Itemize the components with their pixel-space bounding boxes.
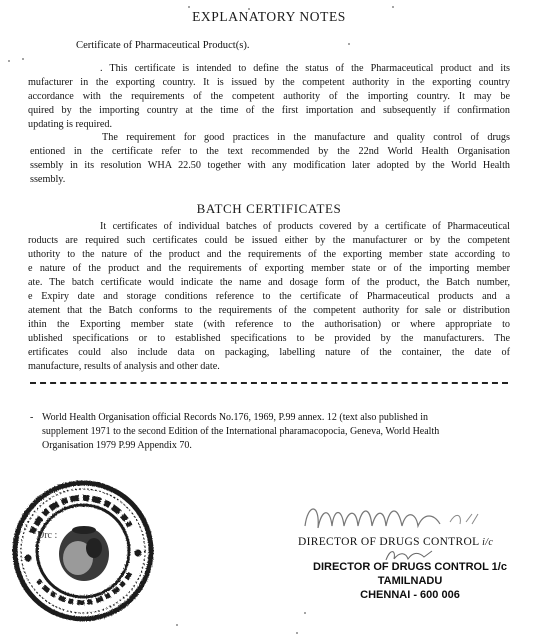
- dashed-separator: [30, 382, 508, 384]
- scan-speck: [304, 612, 306, 614]
- stamp-state: TAMILNADU: [290, 575, 530, 587]
- reference-line: Organisation 1979 P.99 Appendix 70.: [30, 439, 508, 453]
- scan-speck: [22, 58, 24, 60]
- official-seal-icon: Drc :: [10, 478, 156, 624]
- paragraph-line: . This certificate is intended to define…: [28, 62, 510, 76]
- reference-bullet: -: [30, 411, 33, 425]
- paragraph-line: quired by the importing country at the t…: [28, 104, 510, 118]
- paragraph-line: ithin the Exporting member state (with r…: [28, 318, 510, 332]
- scan-speck: [188, 6, 190, 8]
- batch-paragraph: It certificates of individual batches of…: [28, 220, 510, 374]
- paragraph-line: accordance with the requirements of the …: [28, 90, 510, 104]
- gmp-paragraph: The requirement for good practices in th…: [30, 131, 510, 187]
- heading-batch-certificates: BATCH CERTIFICATES: [0, 201, 538, 217]
- scan-speck: [392, 6, 394, 8]
- paragraph-line: It certificates of individual batches of…: [28, 220, 510, 234]
- paragraph-line: atement that the Batch conforms to the r…: [28, 304, 510, 318]
- reference-line: World Health Organisation official Recor…: [30, 411, 508, 425]
- scan-speck: [176, 624, 178, 626]
- paragraph-line: entioned in the certificate refer to the…: [30, 145, 510, 159]
- reference-footnote: - World Health Organisation official Rec…: [30, 411, 508, 453]
- stamp-city: CHENNAI - 600 006: [290, 589, 530, 601]
- stamp-director: DIRECTOR OF DRUGS CONTROL 1/c: [290, 561, 530, 573]
- paragraph-line: ublished specifications or to establishe…: [28, 332, 510, 346]
- paragraph-line: ssembly.: [30, 173, 510, 187]
- paragraph-line: ate. The batch certificate would indicat…: [28, 276, 510, 290]
- paragraph-line: The requirement for good practices in th…: [30, 131, 510, 145]
- reference-line: supplement 1971 to the second Edition of…: [30, 425, 508, 439]
- scan-speck: [248, 8, 250, 10]
- paragraph-line: ertificates could also include data on p…: [28, 346, 510, 360]
- svg-text:Drc :: Drc :: [37, 530, 57, 541]
- paragraph-line: e Expiry date and storage conditions ref…: [28, 290, 510, 304]
- paragraph-line: manufacture, results of analysis and oth…: [28, 360, 510, 374]
- paragraph-line: ssembly in its resolution WHA 22.50 toge…: [30, 159, 510, 173]
- scan-speck: [8, 60, 10, 62]
- paragraph-line: updating is required.: [28, 118, 510, 132]
- intro-paragraph: . This certificate is intended to define…: [28, 62, 510, 132]
- typed-title-suffix: i/c: [482, 537, 493, 548]
- document-page: EXPLANATORY NOTES Certificate of Pharmac…: [0, 0, 538, 634]
- paragraph-line: mufacturer in the exporting country. It …: [28, 76, 510, 90]
- scan-speck: [348, 43, 350, 45]
- signature-icon: [300, 498, 520, 538]
- paragraph-line: roducts are required such certificates c…: [28, 234, 510, 248]
- paragraph-line: e nature of the product and the requirem…: [28, 262, 510, 276]
- paragraph-line: uthority to the nature of the product an…: [28, 248, 510, 262]
- heading-explanatory-notes: EXPLANATORY NOTES: [0, 9, 538, 25]
- subheading-certificate: Certificate of Pharmaceutical Product(s)…: [76, 40, 250, 51]
